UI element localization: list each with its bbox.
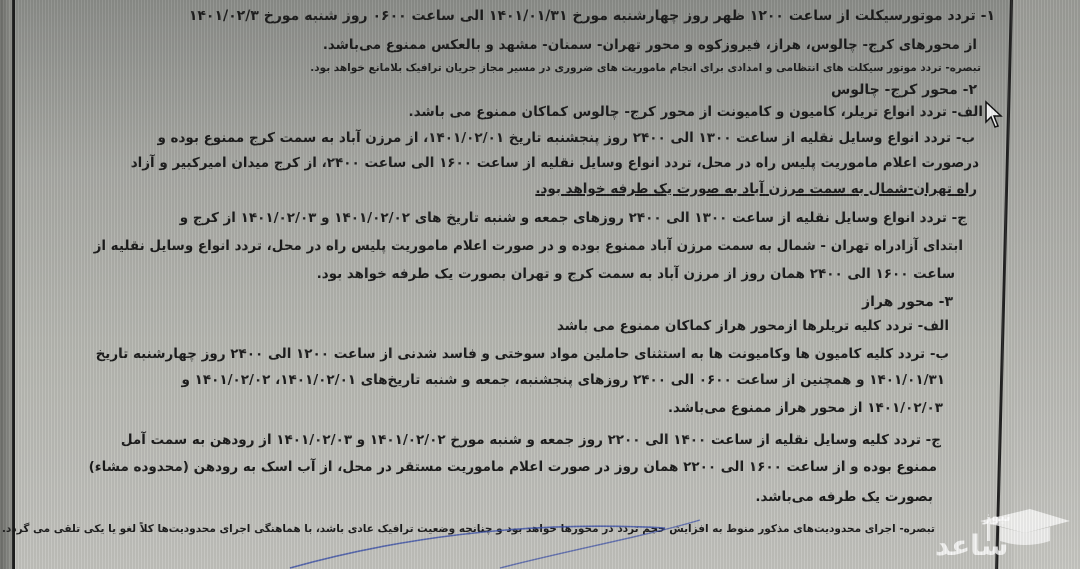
pen-stroke-mark [270, 510, 770, 569]
section3-jim-line2: ممنوع بوده و از ساعت ۱۶۰۰ الی ۲۲۰۰ همان … [89, 459, 937, 475]
watermark-text-saed: ساعد [935, 529, 1008, 562]
section3-be-line3: ۱۴۰۱/۰۲/۰۳ از محور هراز ممنوع می‌باشد. [668, 400, 943, 416]
section2-be-line2: درصورت اعلام ماموریت پلیس راه در محل، تر… [131, 155, 979, 171]
section3-alef: الف- تردد کلیه تریلرها ازمحور هراز کماکا… [557, 318, 949, 334]
section3-be-line2: ۱۴۰۱/۰۱/۳۱ و همچنین از ساعت ۰۶۰۰ الی ۲۴۰… [182, 372, 945, 388]
section3-jim-line1: ج- تردد کلیه وسایل نقلیه از ساعت ۱۴۰۰ ال… [121, 432, 941, 448]
page-left-border [12, 0, 15, 569]
section2-jim-line1: ج- تردد انواع وسایل نقلیه از ساعت ۱۳۰۰ ا… [180, 210, 967, 226]
section2-jim-line2: ابتدای آزادراه تهران - شمال به سمت مرزن … [94, 238, 963, 254]
section1-line1: ۱- تردد موتورسیکلت از ساعت ۱۲۰۰ ظهر روز … [189, 8, 995, 24]
section3-be-line1: ب- تردد کلیه کامیون ها وکامیونت ها به اس… [96, 346, 949, 362]
section1-note: تبصره- تردد موتور سیکلت های انتظامی و ام… [310, 62, 981, 74]
section2-jim-line3: ساعت ۱۶۰۰ الی ۲۴۰۰ همان روز از مرزن آباد… [317, 266, 955, 282]
watermark-text-news: نیوز [983, 509, 1011, 525]
watermark-logo: نیوز ساعد [925, 503, 1075, 563]
right-screen-margin [1013, 0, 1080, 569]
section2-be-line1: ب- تردد انواع وسایل نقلیه از ساعت ۱۳۰۰ ا… [157, 130, 975, 146]
document-page: ۱- تردد موتورسیکلت از ساعت ۱۲۰۰ ظهر روز … [20, 0, 1005, 569]
section2-heading: ۲- محور کرج- چالوس [831, 82, 977, 98]
section1-line2: از محورهای کرج- چالوس، هراز، فیروزکوه و … [323, 37, 977, 53]
section2-be-line3: راه تهران-شمال به سمت مرزن آباد به صورت … [535, 181, 977, 197]
section2-alef: الف- تردد انواع تریلر، کامیون و کامیونت … [408, 104, 983, 120]
section3-jim-line3: بصورت یک طرفه می‌باشد. [755, 489, 933, 505]
mouse-cursor-icon [984, 100, 1006, 130]
section3-heading: ۳- محور هراز [862, 294, 953, 310]
